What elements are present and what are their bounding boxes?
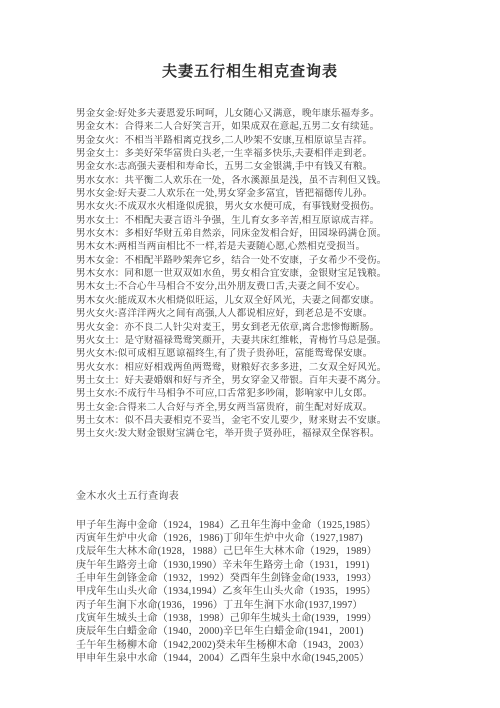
- compatibility-line: 男土女金:合得来二人合好与齐全,男女两当富贵府，前生配对好成双。: [76, 402, 460, 415]
- compatibility-line: 男木女水：同和愿一世双双如水鱼，男女相合宜安康，金银财宝足钱粮。: [76, 268, 460, 281]
- compatibility-line: 男金女水:志高强夫妻相和寿命长，五男二女金银满,手中有钱又有粮。: [76, 161, 460, 174]
- compatibility-line: 男火女水：相应好相戏两鱼两鸳鸯，财粮好衣多多进，二女双全好风光。: [76, 362, 460, 375]
- compatibility-line: 男木女火:能成双木火相烧似旺运，儿女双全好风光，夫妻之间都安康。: [76, 295, 460, 308]
- compatibility-line: 男木女木:两相当两亩相比不一样,若是夫妻随心愿,心然相克受损当。: [76, 241, 460, 254]
- compatibility-section: 男金女金:好处多夫妻恩爱乐呵呵，儿女随心又满意，晚年康乐福寿多。 男金女木：合得…: [76, 108, 460, 442]
- nayin-year-line: 丙子年生涧下水命(1936，1996）丁丑年生涧下水命(1937,1997）: [76, 599, 460, 612]
- compatibility-line: 男土女土：好夫妻婚姻和好与齐全，男女穿金又带银。百年夫妻不离分。: [76, 375, 460, 388]
- nayin-year-line: 戊寅年生城头土命（1938，1998）己卯年生城头土命(1939，1999）: [76, 612, 460, 625]
- nayin-year-line: 甲申年生泉中水命（1944，2004）乙酉年生泉中水命(1945,2005）: [76, 652, 460, 665]
- compatibility-line: 男火女土：是守财福禄鸳鸯笑颜开，夫妻共床红维帐，青梅竹马总是强。: [76, 335, 460, 348]
- nayin-year-line: 甲戌年生山头火命（1934,1994）乙亥年生山头火命（1935，1995）: [76, 585, 460, 598]
- compatibility-line: 男水女火:不成双水火相逢似虎狼，男火女水便可成，有事钱财受损伤。: [76, 201, 460, 214]
- compatibility-line: 男土女木：似不昌夫妻相克不妥当，金宅不安儿要少，财来财去不安康。: [76, 415, 460, 428]
- nayin-year-line: 壬午年生杨柳木命（1942,2002)癸未年生杨柳木命（1943，2003）: [76, 639, 460, 652]
- nayin-year-line: 戊辰年生大林木命(1928，1988）己巳年生大林木命（1929，1989）: [76, 545, 460, 558]
- nayin-year-line: 庚辰年生白蜡金命（1940，2000)辛巳年生白蜡金命(1941，2001): [76, 625, 460, 638]
- compatibility-line: 男水女水：共平衡二人欢乐在一处，各水溪源虽是浅，虽不吉利但又钱。: [76, 175, 460, 188]
- compatibility-line: 男火女木:似可成相互愿谅福终生,有了贵子贵孙旺，富能鸳鸯保安康。: [76, 348, 460, 361]
- compatibility-line: 男金女木：合得来二人合好笑言开，如果成双在意起,五男二女有续延。: [76, 121, 460, 134]
- nayin-year-line: 丙寅年生炉中火命（1926，1986)丁卯年生炉中火命（1927,1987): [76, 532, 460, 545]
- compatibility-line: 男金女金:好处多夫妻恩爱乐呵呵，儿女随心又满意，晚年康乐福寿多。: [76, 108, 460, 121]
- nayin-year-line: 庚午年生路旁土命（1930,1990）辛未年生路旁土命（1931，1991): [76, 559, 460, 572]
- compatibility-line: 男水女金:好夫妻二人欢乐在一处,男女穿金多富宜，皆把福德传儿孙。: [76, 188, 460, 201]
- compatibility-line: 男金女土：多美好荣华富贵白头老,一生幸福多快乐,夫妻相伴走到老。: [76, 148, 460, 161]
- compatibility-line: 男火女金：亦不良二人针尖对麦王，男女到老无依章,离合悲惨悔断肠。: [76, 322, 460, 335]
- nayin-year-line: 壬申年生剑锋金命（1932，1992）癸酉年生剑锋金命(1933，1993）: [76, 572, 460, 585]
- compatibility-line: 男木女金：不相配半路吵架奔它乡，结合一处不安康，子女希少不受伤。: [76, 255, 460, 268]
- section-title: 金木水火土五行查询表: [76, 487, 460, 502]
- compatibility-line: 男水女木：多相好华财五弟自然亲，同床金发相合好，田园垛码满仓顶。: [76, 228, 460, 241]
- page-title: 夫妻五行相生相克查询表: [0, 0, 500, 81]
- document-page: 夫妻五行相生相克查询表 男金女金:好处多夫妻恩爱乐呵呵，儿女随心又满意，晚年康乐…: [0, 0, 500, 708]
- compatibility-line: 男金女火：不相当半路相离克找乡,二人吵架不安康,互相原谅呈吉祥。: [76, 135, 460, 148]
- compatibility-line: 男木女土:不合心牛马相合不安分,出外朋友费口舌,夫妻之间不安心。: [76, 281, 460, 294]
- compatibility-line: 男火女火:喜洋洋两火之间有高强,人人都说相应好，到老总是不安康。: [76, 308, 460, 321]
- nayin-year-section: 甲子年生海中金命（1924，1984）乙丑年生海中金命（1925,1985） 丙…: [76, 519, 460, 666]
- compatibility-line: 男土女水:不成行牛马相争不可应,口舌常犯多吵闹，影响家中儿女郎。: [76, 388, 460, 401]
- compatibility-line: 男土女火:发大财金银财宝满仓宅，举开贵子贤孙旺，福禄双全保容积。: [76, 428, 460, 441]
- compatibility-line: 男水女土：不相配夫妻言语斗争强，生儿育女多辛苦,相互原谅成吉祥。: [76, 215, 460, 228]
- nayin-year-line: 甲子年生海中金命（1924，1984）乙丑年生海中金命（1925,1985）: [76, 519, 460, 532]
